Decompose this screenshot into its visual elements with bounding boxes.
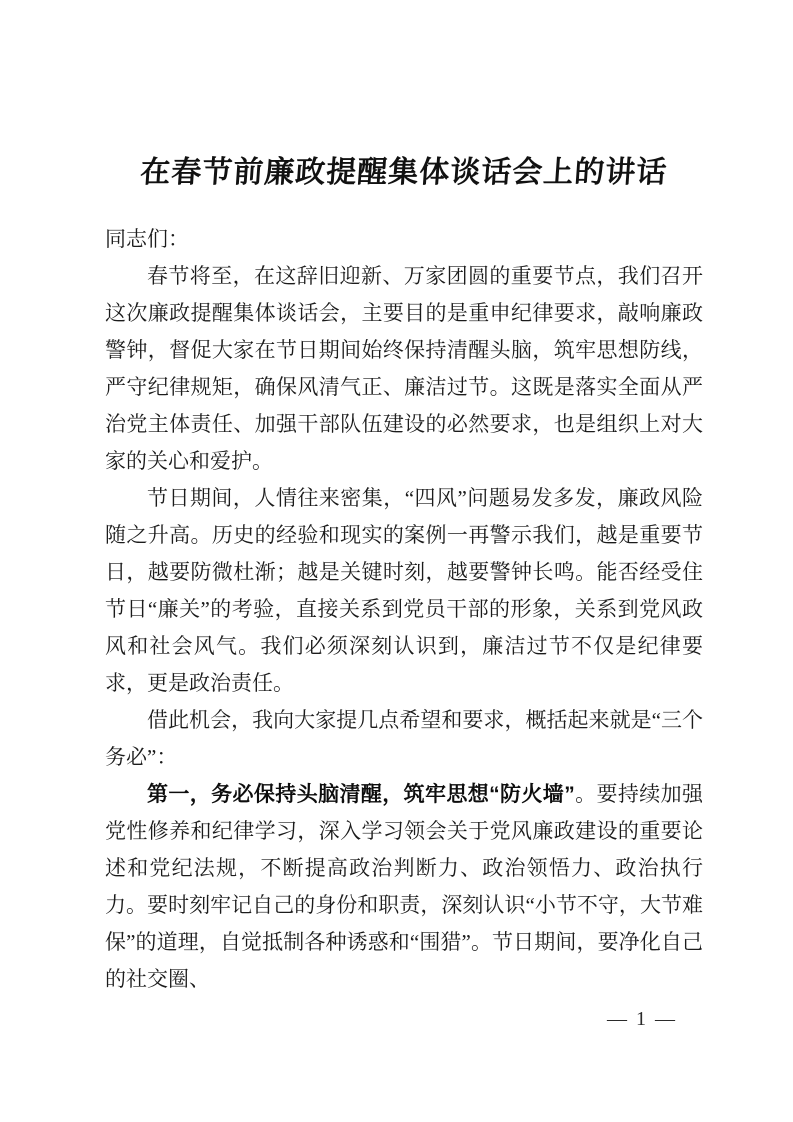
paragraph-1: 春节将至，在这辞旧迎新、万家团圆的重要节点，我们召开这次廉政提醒集体谈话会，主要… [105, 258, 703, 480]
document-title: 在春节前廉政提醒集体谈话会上的讲话 [103, 147, 704, 191]
paragraph-4: 第一，务必保持头脑清醒，筑牢思想“防火墙”。要持续加强党性修养和纪律学习，深入学… [105, 776, 703, 998]
document-body: 同志们： 春节将至，在这辞旧迎新、万家团圆的重要节点，我们召开这次廉政提醒集体谈… [105, 221, 703, 998]
salutation: 同志们： [105, 221, 703, 258]
document-page: 在春节前廉政提醒集体谈话会上的讲话 同志们： 春节将至，在这辞旧迎新、万家团圆的… [0, 0, 793, 1122]
paragraph-2: 节日期间，人情往来密集，“四风”问题易发多发，廉政风险随之升高。历史的经验和现实… [105, 480, 703, 702]
paragraph-4-rest: 。要持续加强党性修养和纪律学习，深入学习领会关于党风廉政建设的重要论述和党纪法规… [105, 782, 703, 991]
paragraph-3: 借此机会，我向大家提几点希望和要求，概括起来就是“三个务必”： [105, 702, 703, 776]
page-number: — 1 — [607, 1008, 677, 1031]
paragraph-4-bold-lead: 第一，务必保持头脑清醒，筑牢思想“防火墙” [147, 783, 575, 806]
